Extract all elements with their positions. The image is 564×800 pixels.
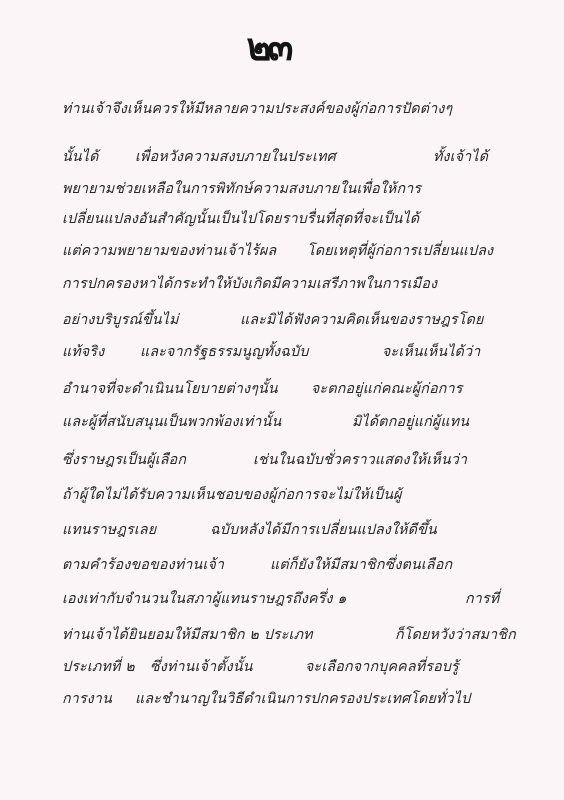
line-segment: และผู้ที่สนับสนุนเป็นพวกพ้องเท่านั้น [62, 409, 281, 435]
line-segment: ตามคำร้องขอของท่านเจ้า [62, 552, 224, 578]
manuscript-page: ๒๓ ท่านเจ้าจึงเห็นควรให้มีหลายความประสงค… [0, 0, 564, 800]
line-segment: การปกครองหาได้กระทำให้บังเกิดมีความเสรีภ… [62, 271, 437, 297]
line-segment: โดยเหตุที่ผู้ก่อการเปลี่ยนแปลง [307, 238, 493, 264]
line-segment: เพื่อหวังความสงบภายในประเทศ [135, 144, 336, 170]
line-segment: และจากรัฐธรรมนูญทั้งฉบับ [140, 339, 309, 365]
line-segment: นั้นได้ [62, 144, 99, 170]
line-segment: ประเภทที่ ๒ [62, 654, 135, 680]
line-segment: การที่ [465, 586, 499, 612]
line-segment: แท้จริง [62, 339, 104, 365]
line-segment: ซึ่งราษฎรเป็นผู้เลือก [62, 447, 186, 473]
line-segment: แทนราษฎรเลย [62, 517, 156, 543]
line-segment: ถ้าผู้ใดไม่ได้รับความเห็นชอบของผู้ก่อการ… [62, 482, 402, 508]
line-segment: จะตกอยู่แก่คณะผู้ก่อการ [311, 376, 463, 402]
line-segment: และมิได้ฟังความคิดเห็นของราษฎรโดย [240, 307, 484, 333]
line-segment: จะเลือกจากบุคคลที่รอบรู้ [305, 654, 459, 680]
line-segment: ก็โดยหวังว่าสมาชิก [395, 622, 516, 648]
line-segment: ฉบับหลังได้มีการเปลี่ยนแปลงให้ดีขึ้น [210, 517, 437, 543]
line-segment: แต่ความพยายามของท่านเจ้าไร้ผล [62, 238, 276, 264]
line-segment: และชำนาญในวิธีดำเนินการปกครองประเทศโดยทั… [135, 686, 470, 712]
line-segment: การงาน [62, 686, 112, 712]
line-segment: เปลี่ยนแปลงอันสำคัญนั้นเป็นไปโดยราบรื่นท… [62, 206, 419, 232]
line-segment: อย่างบริบูรณ์ขึ้นไม่ [62, 307, 179, 333]
line-segment: ทั้งเจ้าได้ [433, 144, 488, 170]
line-segment: ท่านเจ้าจึงเห็นควรให้มีหลายความประสงค์ขอ… [62, 96, 452, 122]
line-segment: เช่นในฉบับชั่วคราวแสดงให้เห็นว่า [253, 447, 467, 473]
line-segment: ซึ่งท่านเจ้าตั้งนั้น [150, 654, 253, 680]
line-segment: พยายามช่วยเหลือในการพิทักษ์ความสงบภายในเ… [62, 176, 421, 202]
line-segment: จะเห็นเห็นได้ว่า [382, 339, 480, 365]
line-segment: เองเท่ากับจำนวนในสภาผู้แทนราษฎรถึงครึ่ง … [62, 586, 347, 612]
line-segment: มิได้ตกอยู่แก่ผู้แทน [352, 409, 469, 435]
line-segment: แต่ก็ยังให้มีสมาชิกซึ่งตนเลือก [270, 552, 452, 578]
line-segment: อำนาจที่จะดำเนินนโยบายต่างๆนั้น [62, 376, 278, 402]
page-number: ๒๓ [238, 22, 298, 72]
line-segment: ท่านเจ้าได้ยินยอมให้มีสมาชิก ๒ ประเภท [62, 622, 313, 648]
